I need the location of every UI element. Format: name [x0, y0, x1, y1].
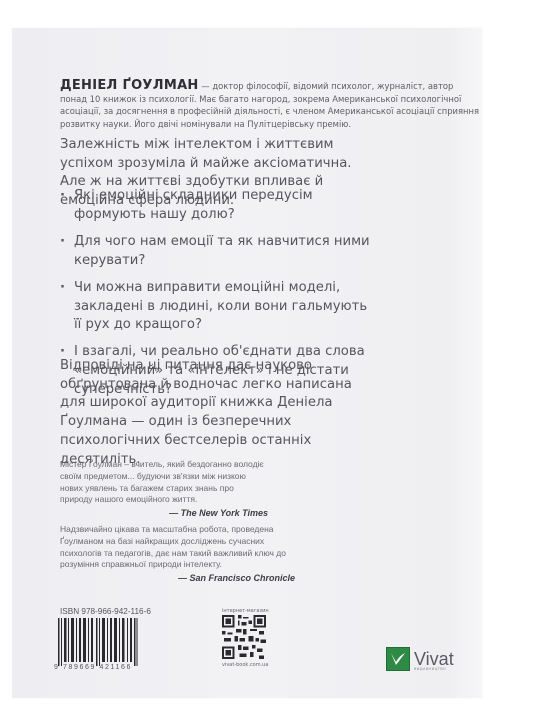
review-quote: Надзвичайно цікава та масштабна робота, …: [60, 524, 295, 571]
qr-code-icon[interactable]: [222, 615, 266, 659]
shop-url[interactable]: vivat-book.com.ua: [222, 662, 268, 668]
review-sfc: Надзвичайно цікава та масштабна робота, …: [60, 524, 295, 585]
isbn-label: ISBN 978-966-942-116-6: [60, 607, 151, 616]
shop-label: інтернет-магазин: [222, 608, 269, 614]
review-source: — The New York Times: [60, 508, 268, 520]
question-item: Які емоційні складники передусім формуют…: [60, 187, 370, 224]
barcode-digits: 9 789669 421166: [54, 664, 132, 671]
author-name: ДЕНІЕЛ ҐОУЛМАН: [60, 78, 199, 93]
answer-paragraph: Відповіді на ці питання дає науково обґр…: [60, 357, 360, 469]
publisher-name: Vivat: [414, 650, 454, 668]
question-item: Для чого нам емоції та як навчитися ними…: [60, 233, 370, 270]
feather-icon: [386, 647, 410, 671]
review-nyt: Містер Ґоулман – вчитель, який бездоганн…: [60, 459, 268, 520]
review-source: — San Francisco Chronicle: [60, 573, 295, 585]
barcode-icon: [58, 618, 138, 666]
author-bio: ДЕНІЕЛ ҐОУЛМАН — доктор філософії, відом…: [60, 80, 480, 130]
review-quote: Містер Ґоулман – вчитель, який бездоганн…: [60, 459, 268, 506]
publisher-subtitle: ВИДАВНИЦТВО: [414, 667, 446, 671]
question-item: Чи можна виправити емоційні моделі, закл…: [60, 279, 370, 335]
